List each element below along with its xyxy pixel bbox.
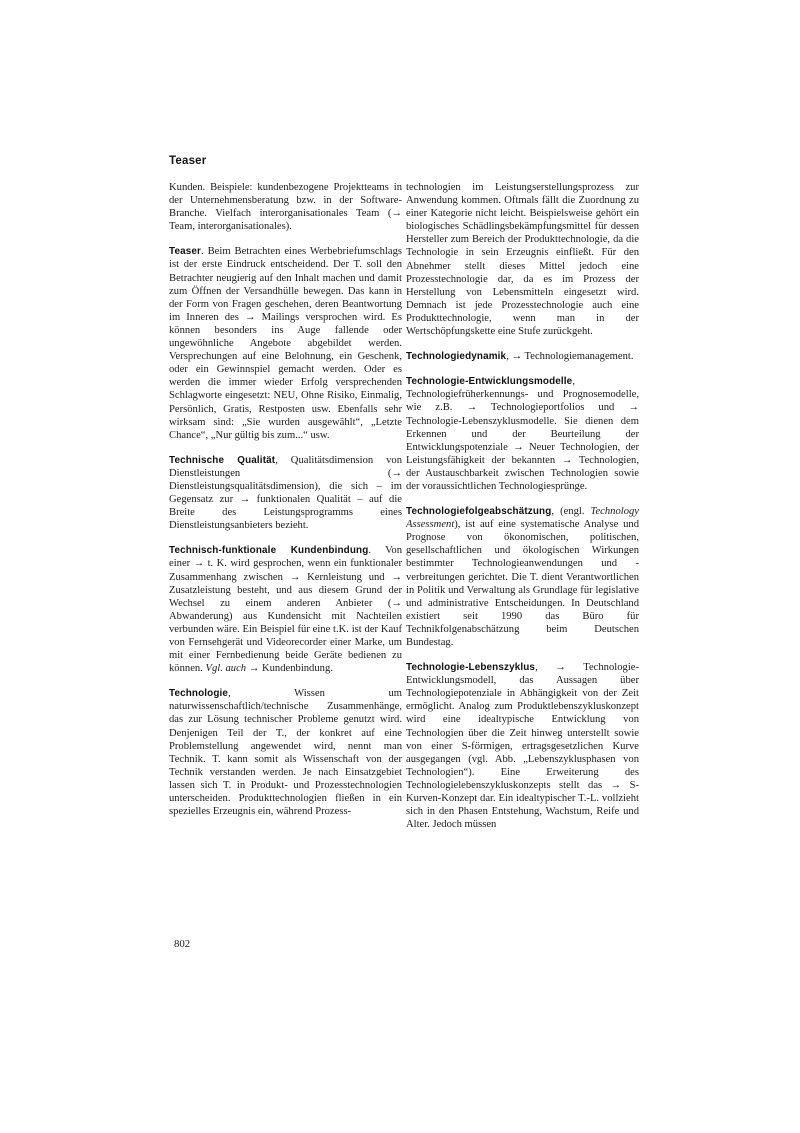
entry-paragraph: Technologie-Entwicklungsmodelle, Technol…	[406, 375, 639, 493]
entry-term: Technische Qualität	[169, 455, 275, 466]
entry-text: . Von einer → t. K. wird gesprochen, wen…	[169, 545, 402, 674]
entry-paragraph: Technologie-Lebenszyklus, → Technologie-…	[406, 661, 639, 831]
entry-paragraph: technologien im Leistungserstellungsproz…	[406, 181, 639, 338]
entry-paragraph: Technische Qualität, Qualitätsdimension …	[169, 454, 402, 533]
entry-text: → Kundenbindung.	[246, 663, 333, 674]
entry-text: , Technologiefrüherkennungs- und Prognos…	[406, 376, 639, 492]
entry-paragraph: Technologie, Wissen um naturwissenschaft…	[169, 687, 402, 818]
entry-paragraph: Technologiefolgeabschätzung, (engl. Tech…	[406, 505, 639, 649]
entry-term: Technologie-Lebenszyklus	[406, 662, 535, 673]
column-right: technologien im Leistungserstellungsproz…	[406, 181, 639, 831]
entry-text: , → Technologie-Entwicklungsmodell, das …	[406, 662, 639, 830]
entry-text-italic: Vgl. auch	[205, 663, 246, 674]
entry-text: Kunden. Beispiele: kundenbezogene Projek…	[169, 182, 402, 232]
dictionary-page: Teaser Kunden. Beispiele: kundenbezogene…	[0, 0, 800, 1133]
entry-paragraph: Kunden. Beispiele: kundenbezogene Projek…	[169, 181, 402, 233]
entry-paragraph: Technisch-funktionale Kundenbindung. Von…	[169, 544, 402, 675]
entry-text: ), ist auf eine systematische Analyse un…	[406, 519, 639, 648]
entry-text: , → Technologiemanagement.	[506, 351, 633, 362]
entry-text: , Wissen um naturwissenschaftlich/techni…	[169, 688, 402, 817]
entry-text: , (engl.	[551, 506, 590, 517]
page-number: 802	[174, 938, 190, 950]
entry-paragraph: Teaser. Beim Betrachten eines Werbebrief…	[169, 245, 402, 441]
entry-term: Teaser	[169, 246, 201, 257]
entry-term: Technologie	[169, 688, 228, 699]
entry-text: , Qualitätsdimension von Dienstleistunge…	[169, 455, 402, 531]
entry-text: . Beim Betrachten eines Werbebriefumschl…	[169, 246, 402, 440]
entry-paragraph: Technologiedynamik, → Technologiemanagem…	[406, 350, 639, 363]
running-head: Teaser	[169, 155, 206, 167]
entry-term: Technologie-Entwicklungsmodelle	[406, 376, 572, 387]
entry-term: Technologiedynamik	[406, 351, 506, 362]
entry-term: Technisch-funktionale Kundenbindung	[169, 545, 368, 556]
entry-text: technologien im Leistungserstellungsproz…	[406, 182, 639, 337]
column-left: Kunden. Beispiele: kundenbezogene Projek…	[169, 181, 402, 818]
entry-term: Technologiefolgeabschätzung	[406, 506, 551, 517]
